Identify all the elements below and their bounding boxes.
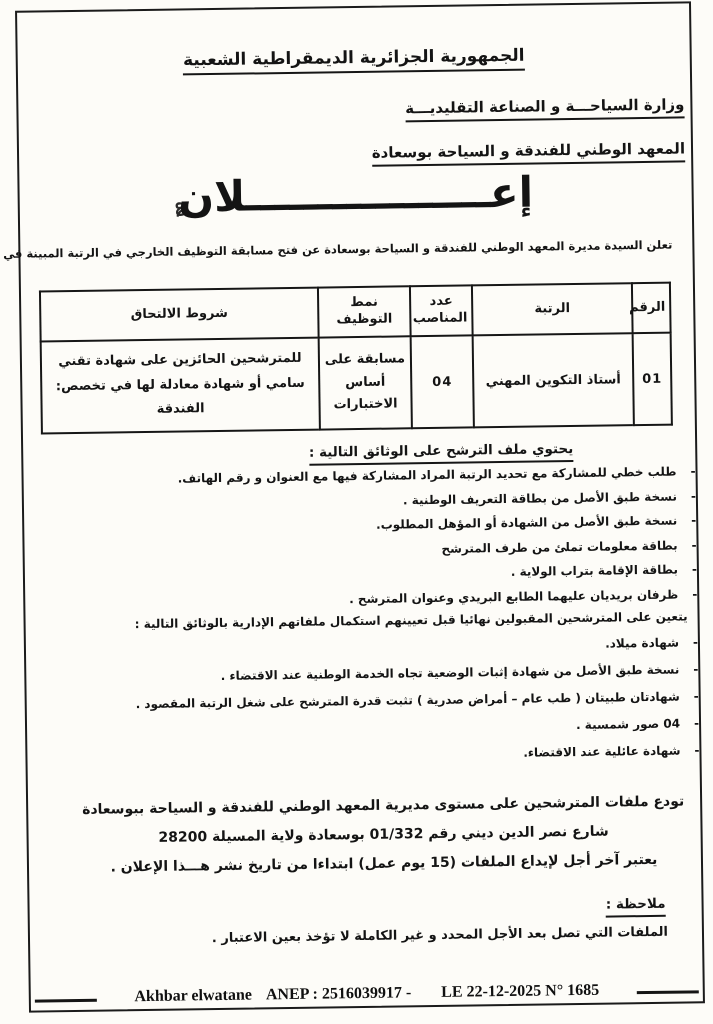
republic-heading: الجمهورية الجزائرية الديمقراطية الشعبية [183,46,525,76]
dash-bullet-icon: - [691,489,696,503]
cell-rank: أستاذ التكوين المهني [473,333,634,427]
cell-mode: مسابقة على أساس الاختبارات [319,336,412,429]
list-item-text: شهادة ميلاد. [605,636,679,651]
deposit-paragraph: تودع ملفات المترشحين على مستوى مديرية ال… [72,787,695,883]
republic-heading-wrap: الجمهورية الجزائرية الديمقراطية الشعبية [18,43,690,77]
dash-bullet-icon: - [694,743,699,757]
dash-bullet-icon: - [694,716,699,730]
ministry-line-wrap: وزارة السياحـــة و الصناعة التقليديـــة [18,95,690,127]
footer-line: Akhbar elwatane ANEP : 2516039917 - LE 2… [31,980,703,1007]
file-documents-list: -طلب خطي للمشاركة مع تحديد الرتبة المراد… [24,464,698,620]
list-item-text: نسخة طبق الأصل من الشهادة أو المؤهل المط… [376,514,677,532]
col-header-rank: الرتبة [472,283,633,335]
note-heading-wrap: ملاحظة : [30,895,702,925]
dash-bullet-icon: - [693,662,698,676]
footer-left-rule [35,998,97,1002]
list-item-text: طلب خطي للمشاركة مع تحديد الرتبة المراد … [178,465,677,486]
cell-conditions: للمترشحين الحائزين على شهادة تقني سامي أ… [41,338,320,434]
col-header-mode: نمط التوظيف [318,286,411,337]
final-admission-list: -شهادة ميلاد. -نسخة طبق الأصل من شهادة إ… [26,635,700,779]
note-text: الملفات التي تصل بعد الأجل المحدد و غير … [30,924,702,948]
intro-paragraph: تعلن السيدة مديرة المعهد الوطني للفندقة … [20,237,692,260]
announcement-title: إعـــــــــــــــــلان [19,165,692,223]
dash-bullet-icon: - [693,635,698,649]
col-header-positions: عدد المناصب [410,285,473,336]
institute-line: المعهد الوطني للفندقة و السياحة بوسعادة [372,139,686,166]
dash-bullet-icon: - [690,464,695,478]
cell-number: 01 [633,333,672,426]
note-heading: ملاحظة : [606,896,666,918]
list-item-text: بطاقة معلومات تملئ من طرف المترشح [441,538,677,555]
col-header-number: الرقم [632,283,671,334]
dash-bullet-icon: - [692,587,697,601]
list-item-text: 04 صور شمسية . [576,717,680,732]
list-item-text: شهادة عائلية عند الاقتضاء. [523,744,680,760]
col-header-conditions: شروط الالتحاق [40,288,319,342]
dash-bullet-icon: - [692,562,697,576]
newspaper-name: Akhbar elwatane [134,987,252,1007]
table-row: 01 أستاذ التكوين المهني 04 مسابقة على أس… [41,333,672,434]
file-documents-heading: يحتوي ملف الترشح على الوثائق التالية : [309,441,574,466]
anep-reference: ANEP : 2516039917 - [266,984,412,1004]
dash-bullet-icon: - [691,538,696,552]
footer-publisher-pair: Akhbar elwatane ANEP : 2516039917 - [134,984,411,1006]
dash-bullet-icon: - [694,689,699,703]
footer-center-group: Akhbar elwatane ANEP : 2516039917 - LE 2… [97,981,637,1007]
list-item-text: نسخة طبق الأصل من بطاقة التعريف الوطنية … [403,489,677,507]
list-item-text: بطاقة الإقامة بتراب الولاية . [511,563,678,579]
cell-positions: 04 [411,335,474,428]
recruitment-table: الرقم الرتبة عدد المناصب نمط التوظيف شرو… [39,282,673,435]
table-header-row: الرقم الرتبة عدد المناصب نمط التوظيف شرو… [40,283,671,342]
document-border-frame: الجمهورية الجزائرية الديمقراطية الشعبية … [15,1,705,1012]
dash-bullet-icon: - [691,513,696,527]
ministry-line: وزارة السياحـــة و الصناعة التقليديـــة [405,95,685,122]
footer-right-rule [637,990,699,994]
issue-date-number: LE 22-12-2025 N° 1685 [441,982,599,1002]
